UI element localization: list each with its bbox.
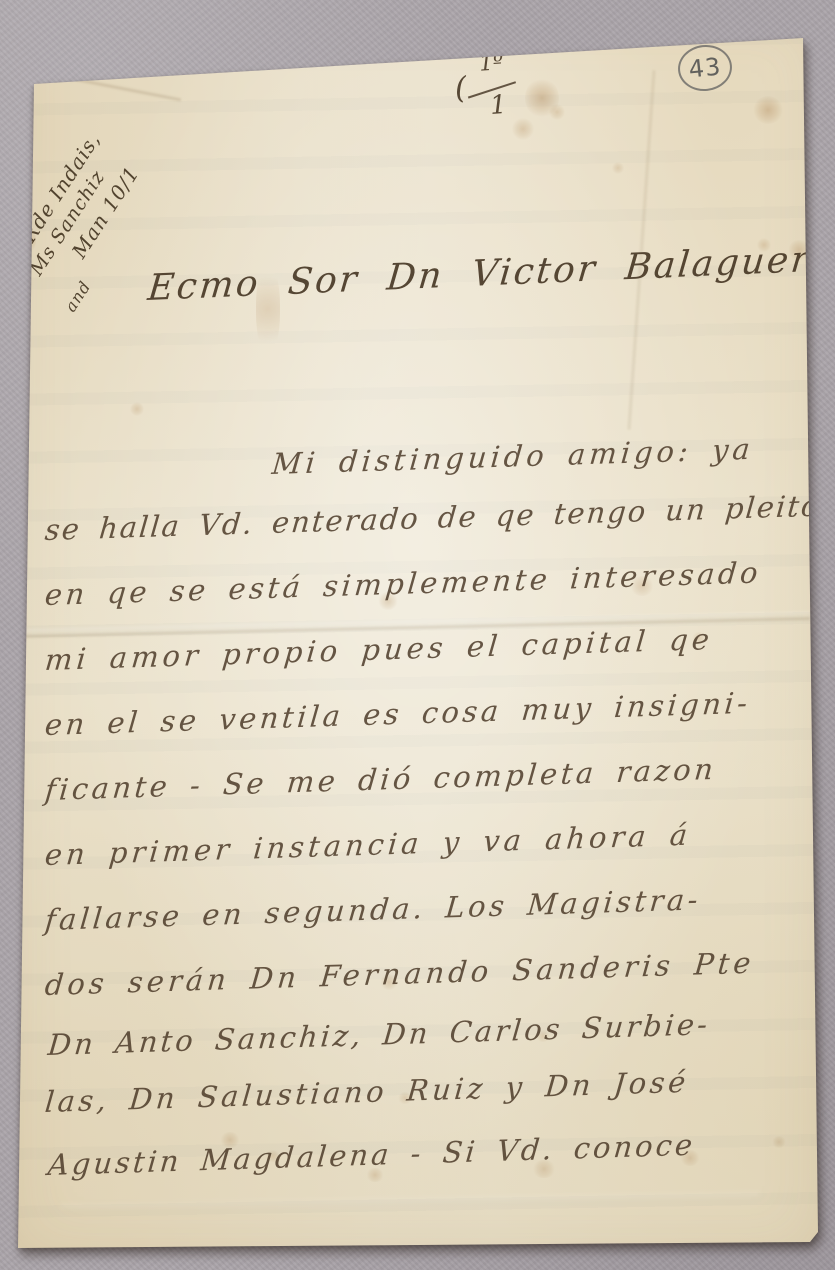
page-number: 43 bbox=[687, 52, 722, 83]
body-line: ficante - Se me dió completa razon bbox=[43, 752, 718, 807]
page-number-circle: 43 bbox=[676, 42, 735, 93]
foxing-stain bbox=[753, 96, 783, 124]
folio-denominator: 1 bbox=[489, 90, 508, 121]
folio-numerator: 1º bbox=[478, 50, 504, 77]
paper-shadow: 43 ( 1º 1 Rde Indais, Ms Sanchiz Man 10/… bbox=[0, 0, 835, 1270]
photographed-letter: 43 ( 1º 1 Rde Indais, Ms Sanchiz Man 10/… bbox=[0, 0, 835, 1270]
body-line: Mi distinguido amigo: ya bbox=[270, 432, 755, 481]
folio-mark: ( 1º 1 bbox=[452, 47, 557, 134]
body-line: fallarse en segunda. Los Magistra- bbox=[43, 882, 702, 937]
body-line: en el se ventila es cosa muy insigni- bbox=[43, 686, 752, 742]
body-line: las, Dn Salustiano Ruiz y Dn José bbox=[43, 1065, 690, 1119]
letter-sheet: 43 ( 1º 1 Rde Indais, Ms Sanchiz Man 10/… bbox=[0, 0, 835, 1270]
foxing-stain bbox=[88, 52, 104, 66]
body-line: en primer instancia y va ahora á bbox=[43, 818, 692, 872]
folio-paren: ( bbox=[454, 71, 468, 107]
body-line: dos serán Dn Fernando Sanderis Pte bbox=[43, 946, 756, 1002]
foxing-stain bbox=[772, 1136, 786, 1148]
foxing-stain bbox=[612, 162, 624, 174]
foxing-stain bbox=[130, 402, 144, 416]
salutation: Ecmo Sor Dn Victor Balaguer bbox=[146, 239, 812, 309]
body-line: Dn Anto Sanchiz, Dn Carlos Surbie- bbox=[46, 1007, 711, 1062]
body-line: en qe se está simplemente interesado bbox=[43, 555, 762, 612]
bottom-curl-highlight bbox=[60, 1192, 760, 1210]
body-line: se halla Vd. enterado de qe tengo un ple… bbox=[43, 489, 822, 547]
